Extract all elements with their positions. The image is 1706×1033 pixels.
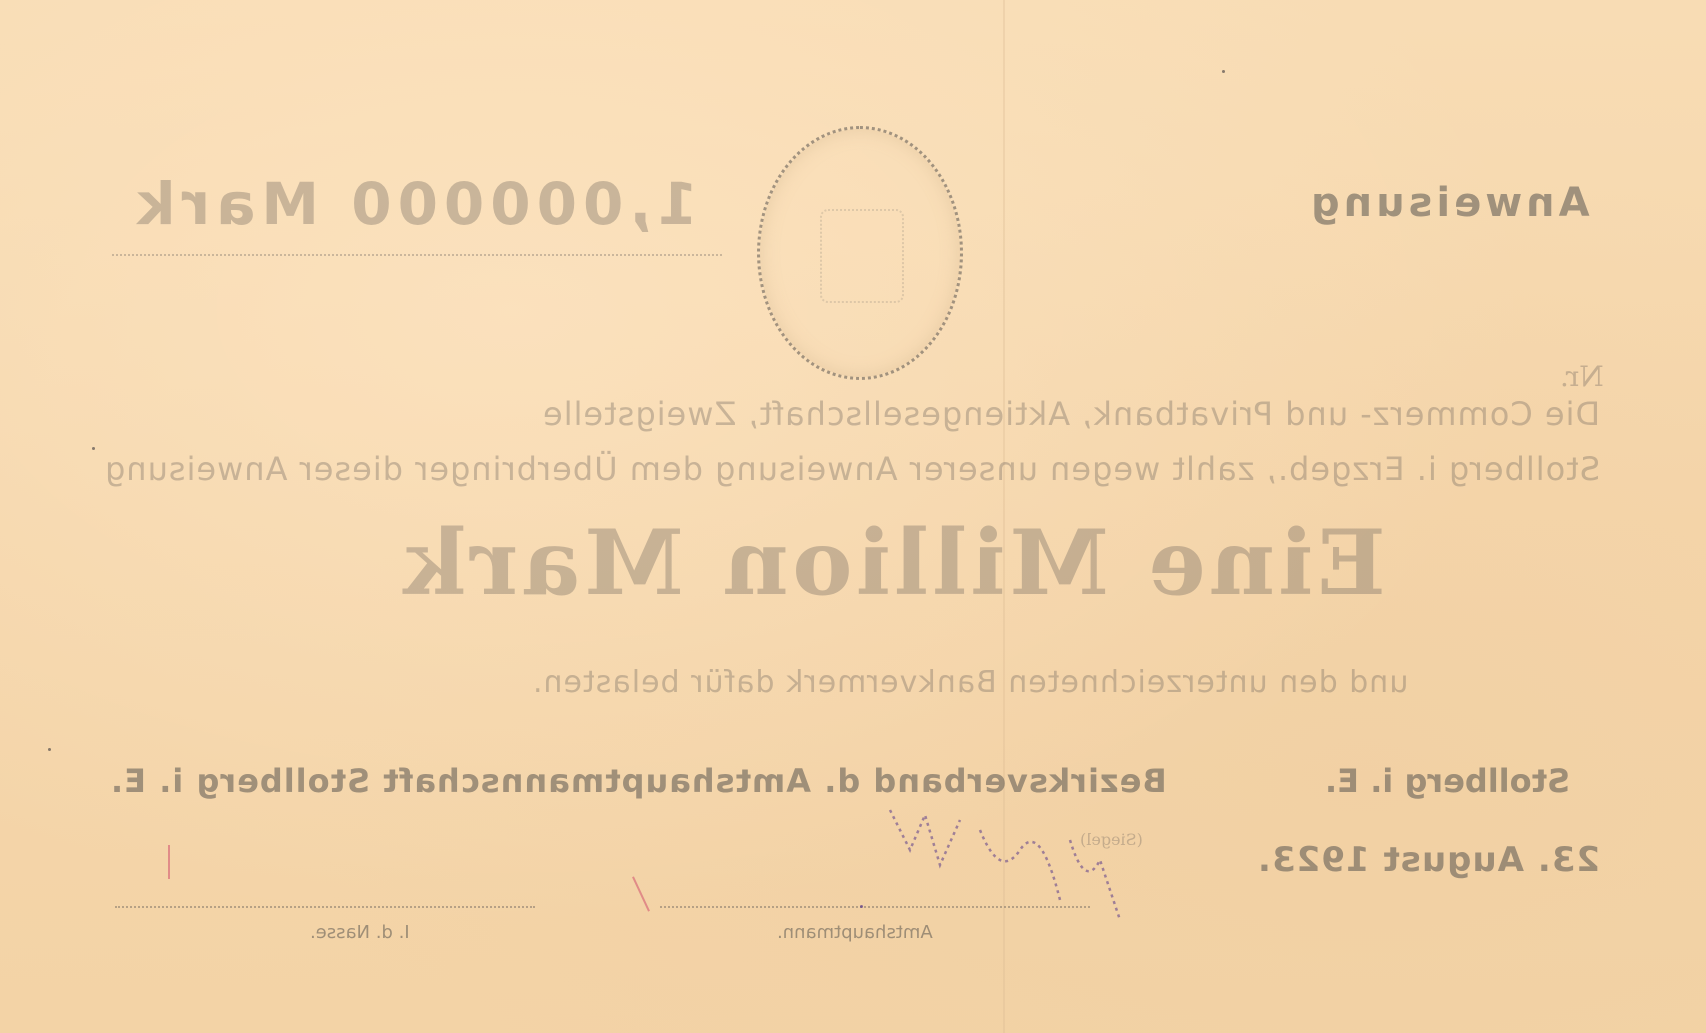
speck [92, 447, 95, 450]
body-line-3: und den unterzeichneten Bankvermerk dafü… [340, 665, 1600, 700]
amount-in-words: Eine Million Mark [400, 510, 1320, 616]
coat-of-arms-icon [820, 209, 904, 303]
speck [1222, 70, 1225, 73]
signature-left-label: I. d. Nasse. [240, 922, 480, 943]
header-title: Anweisung [1230, 180, 1590, 226]
body-line-2: Stollberg i. Erzgeb., zahlt wegen unsere… [100, 450, 1600, 488]
red-fiber [168, 845, 170, 879]
body-line-1: Die Commerz- und Privatbank, Aktiengesel… [100, 395, 1600, 433]
signature-line-right [660, 906, 1090, 908]
issue-date: 23. August 1923. [1230, 840, 1600, 880]
signature-line-left [115, 906, 535, 908]
issue-place: Stollberg i. E. [1240, 762, 1570, 800]
denomination-underline [112, 254, 722, 256]
speck [48, 748, 51, 751]
handwritten-signature-icon [870, 790, 1170, 940]
seal-stamp-icon [757, 126, 963, 380]
signature-right-label: Amtshauptmann. [740, 922, 970, 943]
denomination-numeric: 1,000000 Mark [108, 170, 720, 250]
speck [860, 905, 863, 908]
paragraph-marker: Nr. [1560, 360, 1604, 393]
